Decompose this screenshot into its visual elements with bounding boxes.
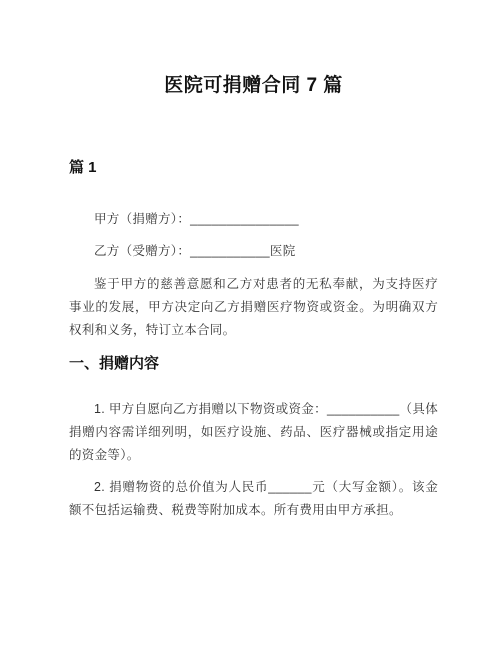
document-title: 医院可捐赠合同 7 篇 [69,0,438,98]
section-heading-donation-content: 一、捐赠内容 [69,354,438,374]
clause-1-paragraph: 1. 甲方自愿向乙方捐赠以下物资或资金：__________（具体捐赠内容需详细… [69,398,438,467]
preamble-paragraph: 鉴于甲方的慈善意愿和乙方对患者的无私奉献，为支持医疗事业的发展，甲方决定向乙方捐… [69,273,438,342]
party-b-line: 乙方（受赠方）：___________医院 [69,241,438,261]
party-a-line: 甲方（捐赠方）：_______________ [69,209,438,229]
document-content: 医院可捐赠合同 7 篇 篇 1 甲方（捐赠方）：_______________ … [0,0,502,649]
part-heading: 篇 1 [69,158,438,178]
document-page: 医院可捐赠合同 7 篇 篇 1 甲方（捐赠方）：_______________ … [0,0,502,649]
clause-2-paragraph: 2. 捐赠物资的总价值为人民币______元（大写金额）。该金额不包括运输费、税… [69,476,438,522]
